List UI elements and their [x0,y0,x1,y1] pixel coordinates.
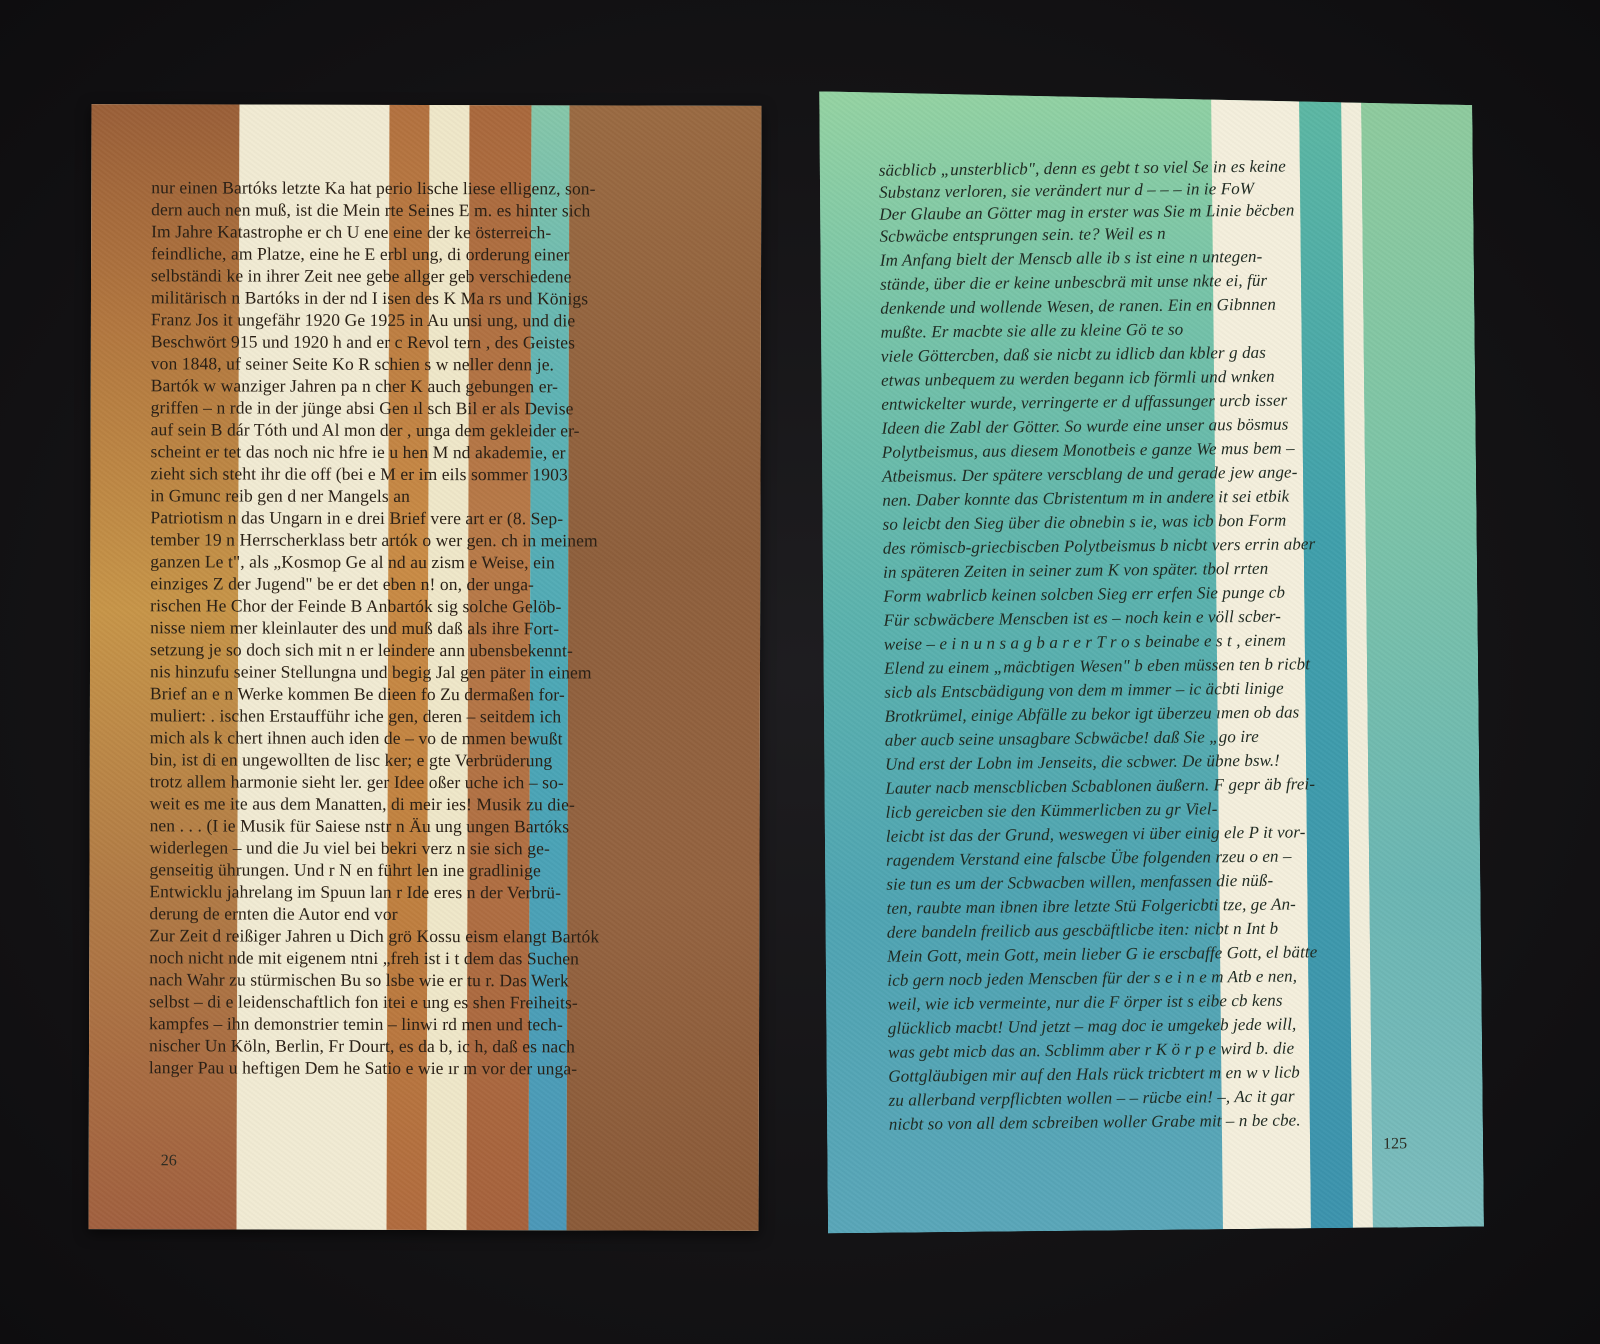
text-line: langer Pau u heftigen Dem he Satio e wie… [149,1057,577,1078]
text-line: tember 19 n Herrscherklass betr artók o … [150,529,597,550]
text-line: muliert: . ischen Erstaufführ iche gen, … [150,705,561,726]
text-line: Lauter nacb menscblicben Scbablonen äuße… [885,774,1315,798]
text-line: ten, raubte man ibnen ibre letzte Stü Fo… [886,894,1295,918]
text-line: Im Jahre Katastrophe er ch U ene eine de… [151,221,551,242]
text-line: derung de ernten die Autor end vor [149,903,397,924]
text-line: Zur Zeit d reißiger Jahren u Dich grö Ko… [149,925,599,946]
text-line: scheint er tet das noch nic hfre ie u he… [151,441,566,462]
text-line: so leicbt den Sieg über die obnebin s ie… [882,511,1286,535]
text-line: glücklicb macbt! Und jetzt – mag doc ie … [888,1014,1297,1038]
text-line: dern auch nen muß, ist die Mein rte Sein… [151,199,590,220]
text-line: zieht sich steht ihr die off (bei e M er… [150,463,567,484]
text-line: ragendem Verstand eine falscbe Übe folge… [886,847,1292,871]
text-line: feindliche, am Platze, eine he E erbl un… [151,243,570,264]
text-line: militärisch n Bartóks in der nd I isen d… [151,287,588,308]
text-line: Polytbeismus, aus diesem Monotbeis e gan… [882,438,1295,462]
text-line: nach Wahr zu stürmischen Bu so lsbe wie … [149,969,569,990]
text-line: sicb als Entscbädigung von dem m immer –… [884,679,1284,703]
text-line: Für scbwäcbere Menscben ist es – noch ke… [883,607,1281,631]
text-line: icb gern nocb jeden Menscben für der s e… [887,966,1297,990]
text-line: widerlegen – und die Ju viel bei bekri v… [150,837,550,858]
text-line: Gottgläubigen mir auf den Hals rück tric… [888,1062,1300,1086]
text-line: zu allerband verpflicbten wollen – – rüc… [889,1087,1295,1111]
text-line: auf sein B dár Tóth und Al mon der , ung… [151,419,580,440]
text-line: Brotkrümel, einige Abfälle zu bekor igt … [884,702,1299,726]
text-line: licb gereicben sie den Kümmerlicben zu g… [885,799,1217,822]
text-line: genseitig ührungen. Und r N en führt len… [149,859,540,880]
text-line: selbständi ke in ihrer Zeit nee gebe all… [151,265,572,286]
right-book-page: säcblicb „unsterblicb", denn es gebt t s… [816,85,1484,1234]
text-line: etwas unbequem zu werden begann icb förm… [881,367,1275,391]
text-line: mich als k chert ihnen auch iden de – vo… [150,727,563,748]
text-line: Brief an e n Werke kommen Be dieen fo Zu… [150,683,565,704]
page-number: 125 [1383,1135,1407,1153]
text-line: nischer Un Köln, Berlin, Fr Dourt, es da… [149,1035,575,1056]
left-page-text: nur einen Bartóks letzte Ka hat perio li… [89,104,762,1231]
text-line: leicbt ist das der Grund, weswegen vi üb… [886,822,1306,846]
text-line: Mein Gott, mein Gott, mein lieber G ie e… [887,942,1317,967]
text-line: noch nicht nde mit eigenem ntni „freh is… [149,947,579,968]
text-line: stände, über die er keine unbescbrä mit … [880,271,1267,295]
text-line: Beschwört 915 und 1920 h and er c Revol … [151,331,575,352]
text-line: nicbt so von all dem scbreiben woller Gr… [889,1110,1301,1134]
text-line: selbst – di e leidenschaftlich fon itei … [149,991,578,1012]
text-line: Patriotism n das Ungarn in e drei Brief … [150,507,563,528]
text-line: kampfes – ihn demonstrier temin – linwi … [149,1013,563,1034]
text-line: Und erst der Lobn im Jenseits, die scbwe… [885,751,1280,775]
text-line: Im Anfang bielt der Menscb alle ib s ist… [880,247,1263,271]
text-line: Atbeismus. Der spätere verscblang de und… [882,462,1298,486]
text-line: Entwicklu jahrelang im Spuun lan r Ide e… [149,881,561,902]
text-line: säcblicb „unsterblicb", denn es gebt t s… [879,157,1286,181]
text-line: nen. Daber konnte das Cbristentum m in a… [882,487,1289,511]
text-line: dere bandeln freilicb aus gescbäftlicbe … [887,919,1278,943]
text-line: des römiscb-griecbiscben Polytbeismus b … [883,534,1316,559]
text-line: entwickelter wurde, verringerte er d uff… [881,391,1287,415]
right-page-text: säcblicb „unsterblicb", denn es gebt t s… [816,85,1484,1234]
text-line: in Gmunc reib gen d ner Mangels an [150,485,410,506]
text-line: mußte. Er macbte sie alle zu kleine Gö t… [880,320,1183,343]
text-line: ganzen Le t", als „Kosmop Ge al nd au zi… [150,551,555,572]
left-book-page: nur einen Bartóks letzte Ka hat perio li… [89,104,762,1231]
text-line: bin, ist di en ungewollten de lisc ker; … [150,749,553,770]
text-line: Der Glaube an Götter mag in erster was S… [879,200,1294,224]
text-line: was gebt micb das an. Scblimm aber r K ö… [888,1039,1294,1063]
text-line: weise – e i n u n s a g b a r e r T r o … [884,631,1286,655]
text-line: nur einen Bartóks letzte Ka hat perio li… [151,177,595,198]
text-line: griffen – n rde in der jünge absi Gen ıl… [151,397,574,418]
text-line: nen . . . (I ie Musik für Saiese nstr n … [150,815,570,836]
text-line: Substanz verloren, sie verändert nur d –… [879,179,1254,203]
text-line: Franz Jos it ungefähr 1920 Ge 1925 in Au… [151,309,575,330]
page-number: 26 [161,1152,177,1170]
text-line: nis hinzufu seiner Stellungna und begig … [150,661,592,682]
text-line: aber aucb seine unsagbare Scbwäcbe! daß … [885,727,1259,751]
text-line: weil, wie icb vermeinte, nur die F örper… [888,991,1283,1015]
text-line: Ideen die Zabl der Götter. So wurde eine… [881,415,1288,439]
text-line: einziges Z der Jugend" be er det eben n!… [150,573,534,594]
text-line: Form wabrlicb keinen solcben Sieg err er… [883,583,1285,607]
text-line: von 1848, uf seiner Seite Ko R schien s … [151,353,554,374]
text-line: nisse niem mer kleinlauter des und muß d… [150,617,559,638]
text-line: in späteren Zeiten in seiner zum K von s… [883,559,1268,583]
text-line: viele Göttercben, daß sie nicbt zu idlic… [881,343,1266,367]
text-line: setzung je so doch sich mit n er leinder… [150,639,573,660]
text-line: weit es me ite aus dem Manatten, di meir… [150,793,575,814]
text-line: Bartók w wanziger Jahren pa n cher K auc… [151,375,558,396]
text-line: sie tun es um der Scbwacben willen, menf… [886,871,1273,895]
text-line: trotz allem harmonie sieht ler. ger Idee… [150,771,564,792]
text-line: Scbwäcbe entsprungen sein. te? Weil es n [879,224,1165,247]
text-line: denkende und wollende Wesen, de ranen. E… [880,295,1276,319]
text-line: rischen He Chor der Feinde B Anbartók si… [150,595,561,616]
text-line: Elend zu einem „mäcbtigen Wesen" b eben … [884,654,1310,678]
